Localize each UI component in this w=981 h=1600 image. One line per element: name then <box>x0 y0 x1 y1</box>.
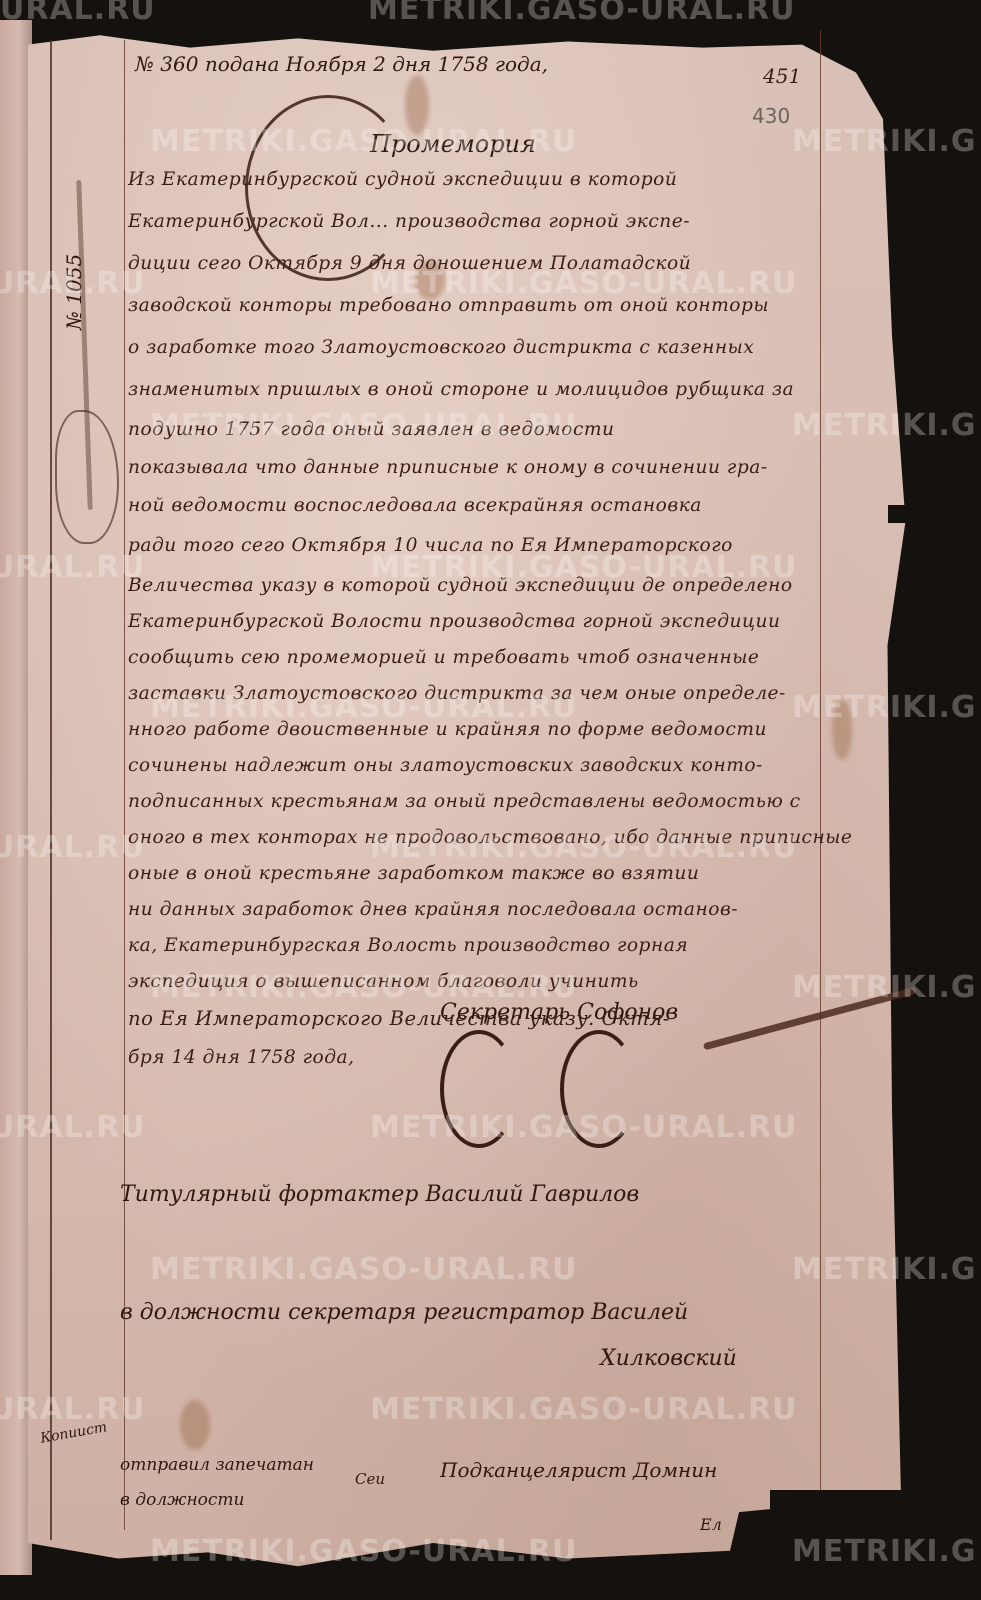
margin-rule-right <box>820 30 821 1530</box>
text-line: Екатеринбургской Вол... производства гор… <box>128 210 814 232</box>
text-line: сочинены надлежит оны златоустовских зав… <box>128 754 814 776</box>
signature-flourish <box>440 1030 518 1148</box>
text-line: Из Екатеринбургской судной экспедиции в … <box>128 168 814 190</box>
note-subclerk: Подканцелярист Домнин <box>440 1458 717 1482</box>
text-line: ни данных заработок днев крайняя последо… <box>128 898 814 920</box>
watermark: METRIKI.GASO-URAL.RU <box>368 0 796 27</box>
text-line: Величества указу в которой судной экспед… <box>128 574 814 596</box>
binding-crease <box>50 40 52 1540</box>
ink-stain <box>405 75 429 135</box>
text-line: экспедиция о вышеписанном благоволи учин… <box>128 970 814 992</box>
signature-secretary: Секретарь Софонов <box>440 1000 678 1025</box>
text-line: сообщить сею промеморией и требовать что… <box>128 646 814 668</box>
signature-fortakter: Титулярный фортактер Василий Гаврилов <box>120 1182 639 1207</box>
text-line: нного работе двоиственные и крайняя по ф… <box>128 718 814 740</box>
signature-flourish <box>560 1030 638 1148</box>
adjacent-page-edge <box>0 20 32 1575</box>
text-line: подушно 1757 года оный заявлен в ведомос… <box>128 418 814 440</box>
text-line: знаменитых пришлых в оной стороне и моли… <box>128 378 814 400</box>
text-line: ной ведомости воспоследовала всекрайняя … <box>128 494 814 516</box>
text-line: Екатеринбургской Волости производства го… <box>128 610 814 632</box>
ink-stain <box>832 700 852 760</box>
folio-number-ink: 451 <box>763 64 801 88</box>
paper-tear <box>770 1490 981 1600</box>
note-sent-sealed: отправил запечатан <box>120 1455 314 1475</box>
signature-registrar-surname: Хилковский <box>600 1346 737 1371</box>
text-line: о заработке того Златоустовского дистрик… <box>128 336 814 358</box>
note-small: Сеи <box>355 1470 385 1488</box>
document-title: Промемория <box>370 130 536 158</box>
ink-stain <box>180 1400 210 1450</box>
paper-tear <box>888 505 910 523</box>
note-subclerk-initials: Ел <box>700 1515 722 1534</box>
text-line: заставки Златоустовского дистрикта за че… <box>128 682 814 704</box>
text-line: оного в тех конторах не продовольствован… <box>128 826 814 848</box>
text-line: ради того сего Октября 10 числа по Ея Им… <box>128 534 814 556</box>
text-line: ка, Екатеринбургская Волость производств… <box>128 934 814 956</box>
note-in-office: в должности <box>120 1490 244 1510</box>
folio-number-pencil: 430 <box>752 104 790 128</box>
signature-registrar: в должности секретаря регистратор Василе… <box>120 1300 688 1325</box>
text-line: показывала что данные приписные к оному … <box>128 456 814 478</box>
text-line: подписанных крестьянам за оный представл… <box>128 790 814 812</box>
text-line: заводской конторы требовано отправить от… <box>128 294 814 316</box>
margin-number: № 1055 <box>62 254 86 330</box>
text-line: диции сего Октября 9 дня доношением Пола… <box>128 252 814 274</box>
document-header: № 360 подана Ноября 2 дня 1758 года, <box>135 52 548 76</box>
text-line: оные в оной крестьяне заработком также в… <box>128 862 814 884</box>
